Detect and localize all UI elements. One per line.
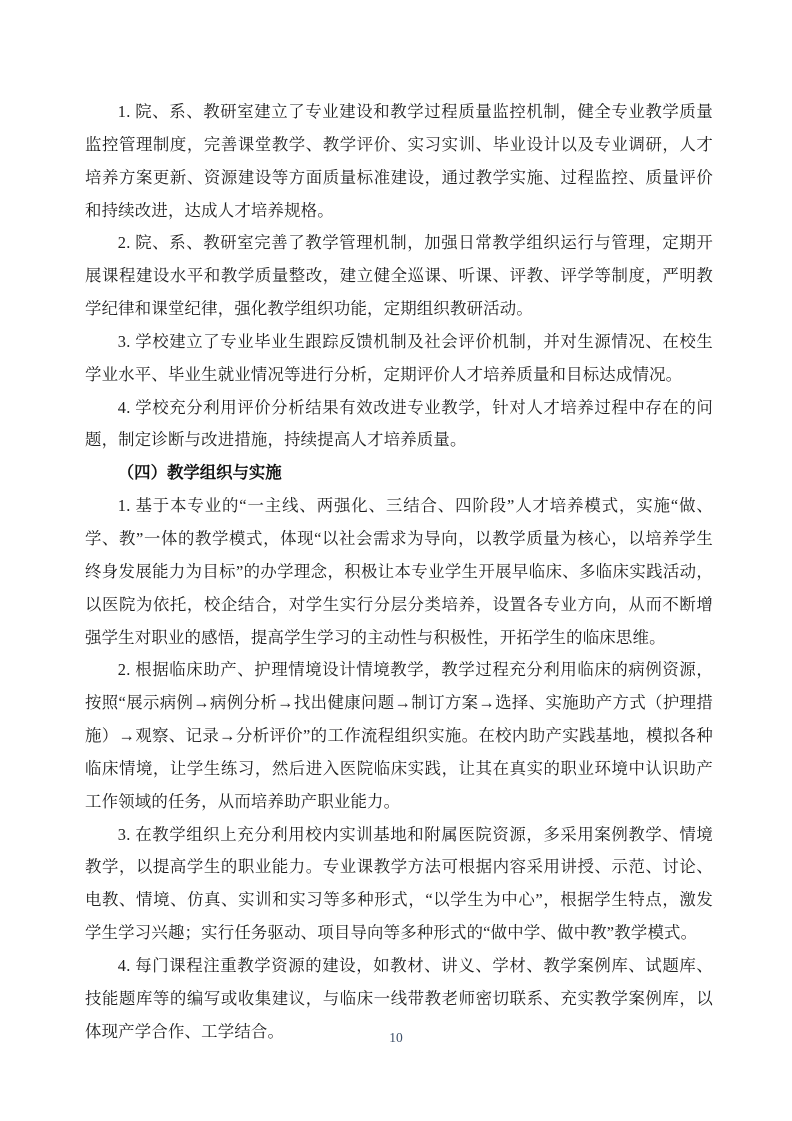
- paragraph: 1. 基于本专业的“一主线、两强化、三结合、四阶段”人才培养模式，实施“做、学、…: [85, 490, 713, 654]
- page-number: 10: [0, 1030, 792, 1046]
- paragraph: 4. 学校充分利用评价分析结果有效改进专业教学，针对人才培养过程中存在的问题，制…: [85, 392, 713, 458]
- page-content: 1. 院、系、教研室建立了专业建设和教学过程质量监控机制，健全专业教学质量监控管…: [85, 96, 713, 1048]
- paragraph: 1. 院、系、教研室建立了专业建设和教学过程质量监控机制，健全专业教学质量监控管…: [85, 96, 713, 227]
- paragraph: 2. 根据临床助产、护理情境设计情境教学，教学过程充分利用临床的病例资源，按照“…: [85, 654, 713, 818]
- section-heading: （四）教学组织与实施: [85, 457, 713, 490]
- paragraph: 3. 在教学组织上充分利用校内实训基地和附属医院资源，多采用案例教学、情境教学，…: [85, 819, 713, 950]
- document-page: 1. 院、系、教研室建立了专业建设和教学过程质量监控机制，健全专业教学质量监控管…: [0, 0, 792, 1121]
- paragraph: 2. 院、系、教研室完善了教学管理机制，加强日常教学组织运行与管理，定期开展课程…: [85, 227, 713, 326]
- paragraph: 3. 学校建立了专业毕业生跟踪反馈机制及社会评价机制，并对生源情况、在校生学业水…: [85, 326, 713, 392]
